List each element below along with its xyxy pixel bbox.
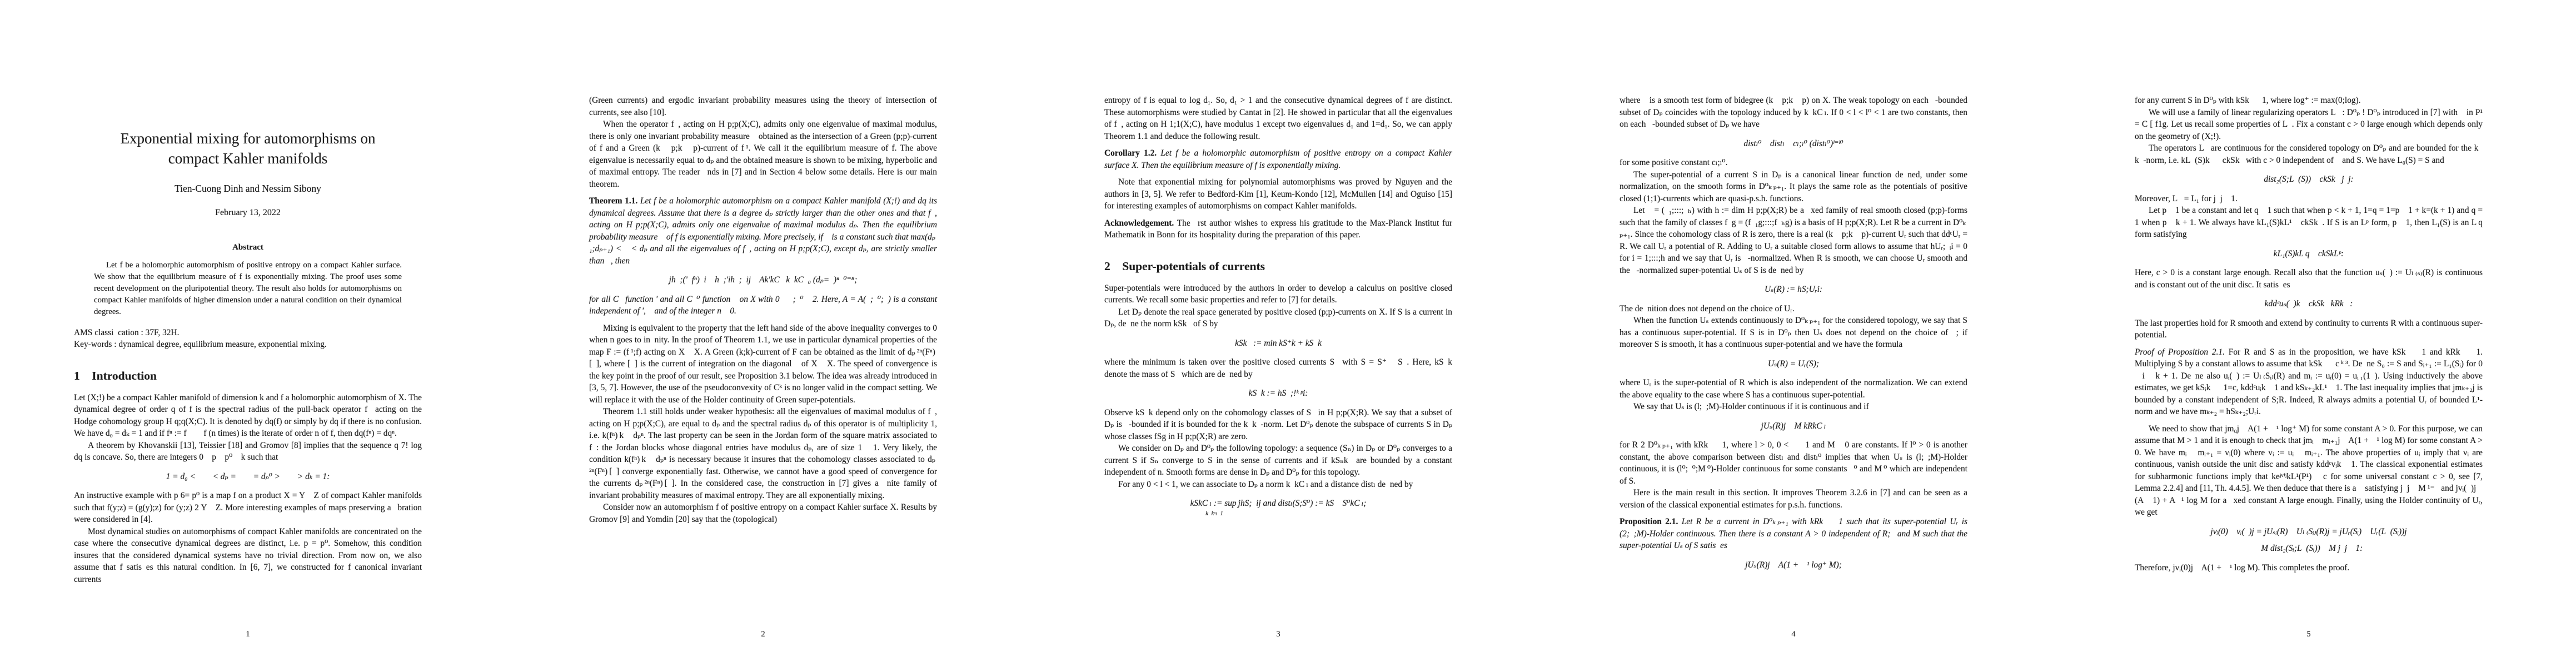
block-text: Let p 1 be a constant and let q 1 such t… bbox=[2135, 206, 2483, 239]
paragraph: The de nition does not depend on the cho… bbox=[1620, 303, 1967, 315]
display-equation: Uₛ(R) = Uᵣ(S); bbox=[1620, 358, 1967, 370]
paragraph: We consider on Dₚ and D⁰ₚ the following … bbox=[1104, 442, 1452, 479]
block-label: Proof of Proposition 2.1. bbox=[2135, 347, 2225, 357]
block-text: A theorem by Khovanskii [13], Teissier [… bbox=[74, 441, 422, 462]
block-text: When the function Uₛ extends continuousl… bbox=[1620, 316, 1967, 349]
paragraph: For any 0 < l < 1, we can associate to D… bbox=[1104, 479, 1452, 491]
paper-title: Exponential mixing for automorphisms on bbox=[74, 129, 422, 148]
block-text: We consider on Dₚ and D⁰ₚ the following … bbox=[1104, 444, 1452, 477]
page-content: where is a smooth test form of bidegree … bbox=[1620, 94, 1967, 578]
block-text: The operators L are continuous for the c… bbox=[2135, 143, 2483, 165]
block-text: When the operator f , acting on H p;p(X;… bbox=[589, 120, 937, 189]
block-text: k kᶜₗ 1 bbox=[1205, 510, 1223, 517]
block-text: for R 2 D⁰ₖ ₚ₊₁ with kRk 1, where l > 0,… bbox=[1620, 440, 1967, 486]
block-text: Let (X;!) be a compact Kahler manifold o… bbox=[74, 393, 422, 439]
page-number: 1 bbox=[74, 630, 422, 639]
block-text: Mixing is equivalent to the property tha… bbox=[589, 323, 937, 405]
paragraph: Let (X;!) be a compact Kahler manifold o… bbox=[74, 392, 422, 440]
block-text: Let = ( ₁;:::; ₕ) with h := dim H p;p(X;… bbox=[1620, 206, 1967, 275]
block-text: Here, c > 0 is a constant large enough. … bbox=[2135, 268, 2483, 290]
paper-authors: Tien-Cuong Dinh and Nessim Sibony bbox=[74, 183, 422, 195]
block-text: kddᶜuₛ( )k ckSk kRk : bbox=[2265, 299, 2353, 308]
block-text: Uₛ(R) = Uᵣ(S); bbox=[1768, 359, 1819, 369]
paragraph: Consider now an automorphism f of positi… bbox=[589, 501, 937, 525]
block-text: jUₛ(R)j A(1 + ¹ log⁺ M); bbox=[1745, 560, 1842, 570]
block-text: For R and S as in the proposition, we ha… bbox=[2135, 347, 2483, 417]
block-text: Tien-Cuong Dinh and Nessim Sibony bbox=[175, 183, 321, 194]
block-text: kSk := min kS⁺k + kS k bbox=[1235, 339, 1322, 348]
paragraph: Here, c > 0 is a constant large enough. … bbox=[2135, 267, 2483, 291]
theorem-continuation: for all C function ' and all C ⁰ functio… bbox=[589, 293, 937, 317]
block-text: Exponential mixing for automorphisms on bbox=[121, 130, 376, 147]
theorem: Theorem 1.1. Let f be a holomorphic auto… bbox=[589, 195, 937, 267]
meta-line: AMS classi cation : 37F, 32H. bbox=[74, 327, 422, 339]
scanned-paper-canvas: arXiv:0907.3794v1 [math.DS] 22 Jul 2009 … bbox=[0, 0, 2576, 667]
page-number: 5 bbox=[2135, 630, 2483, 639]
acknowledgement: Acknowledgement. The rst author wishes t… bbox=[1104, 217, 1452, 241]
block-text: M dist₂(Sᵢ;L (Sᵢ)) M j j 1: bbox=[2255, 544, 2363, 553]
block-text: 1 Introduction bbox=[74, 369, 157, 382]
page-content: (Green currents) and ergodic invariant p… bbox=[589, 94, 937, 525]
block-text: (Green currents) and ergodic invariant p… bbox=[589, 96, 937, 117]
block-text: where Uᵣ is the super-potential of R whi… bbox=[1620, 378, 1967, 400]
block-label: Acknowledgement. bbox=[1104, 218, 1174, 228]
abstract-heading: Abstract bbox=[74, 242, 422, 254]
block-text: jvᵢ(0) vᵢ( )j = jUₛᵢ(R) Uₗ ₍Sᵢ₎(R)j = jU… bbox=[2210, 527, 2406, 536]
block-text: kL₁(S)kL q ckSkLᵖ: bbox=[2274, 249, 2344, 258]
block-text: Let f be a holomorphic automorphism of p… bbox=[1104, 148, 1452, 170]
meta-line: Key-words : dynamical degree, equilibriu… bbox=[74, 339, 422, 351]
block-text: Therefore, jvᵢ(0)j A(1 + ¹ log M). This … bbox=[2135, 563, 2349, 573]
display-equation: jvᵢ(0) vᵢ( )j = jUₛᵢ(R) Uₗ ₍Sᵢ₎(R)j = jU… bbox=[2135, 526, 2483, 538]
block-text: Theorem 1.1 still holds under weaker hyp… bbox=[589, 407, 937, 500]
paragraph: Moreover, L = L₁ for j j 1. bbox=[2135, 193, 2483, 205]
page-content: entropy of f is equal to log d₁. So, d₁ … bbox=[1104, 94, 1452, 524]
paragraph: Super-potentials were introduced by the … bbox=[1104, 282, 1452, 306]
paragraph: Most dynamical studies on automorphisms … bbox=[74, 526, 422, 586]
block-text: For any 0 < l < 1, we can associate to D… bbox=[1118, 480, 1413, 489]
block-text: We need to show that jm₀j A(1 + ¹ log⁺ M… bbox=[2135, 424, 2483, 517]
paragraph: where is a smooth test form of bidegree … bbox=[1620, 94, 1967, 131]
paragraph: The super-potential of a current S in Dₚ… bbox=[1620, 169, 1967, 205]
abstract-text: Let f be a holomorphic automorphism of p… bbox=[94, 260, 402, 318]
page-2: (Green currents) and ergodic invariant p… bbox=[515, 0, 1030, 667]
block-text: We say that Uₛ is (l; ;M)-Holder continu… bbox=[1633, 402, 1869, 411]
paper-title-line2: compact Kahler manifolds bbox=[74, 149, 422, 168]
display-equation: kSkC ₗ := sup jhS; ij and distₗ(S;S⁰) :=… bbox=[1104, 497, 1452, 510]
paragraph: (Green currents) and ergodic invariant p… bbox=[589, 94, 937, 118]
theorem: Corollary 1.2. Let f be a holomorphic au… bbox=[1104, 147, 1452, 171]
paragraph: Let = ( ₁;:::; ₕ) with h := dim H p;p(X;… bbox=[1620, 205, 1967, 276]
block-text: Observe kS k depend only on the cohomolo… bbox=[1104, 408, 1452, 441]
display-equation: kSk := min kS⁺k + kS k bbox=[1104, 337, 1452, 350]
block-text: Let f be a holomorphic automorphism of p… bbox=[94, 261, 402, 316]
block-text: AMS classi cation : 37F, 32H. bbox=[74, 328, 179, 337]
block-text: Here is the main result in this section.… bbox=[1620, 488, 1967, 510]
block-text: for all C function ' and all C ⁰ functio… bbox=[589, 295, 937, 316]
paragraph: Let Dₚ denote the real space generated b… bbox=[1104, 306, 1452, 330]
paragraph: An instructive example with p 6= p⁰ is a… bbox=[74, 490, 422, 526]
paragraph: Observe kS k depend only on the cohomolo… bbox=[1104, 407, 1452, 443]
block-text: Key-words : dynamical degree, equilibriu… bbox=[74, 340, 327, 349]
block-text: Most dynamical studies on automorphisms … bbox=[74, 527, 422, 584]
paragraph: Mixing is equivalent to the property tha… bbox=[589, 322, 937, 406]
paragraph: for some positive constant cₗ;ₗ⁰. bbox=[1620, 157, 1967, 169]
page-number: 3 bbox=[1104, 630, 1452, 639]
block-text: kSkC ₗ := sup jhS; ij and distₗ(S;S⁰) :=… bbox=[1190, 499, 1367, 508]
paragraph: Theorem 1.1 still holds under weaker hyp… bbox=[589, 406, 937, 501]
display-equation: M dist₂(Sᵢ;L (Sᵢ)) M j j 1: bbox=[2135, 542, 2483, 555]
block-text: Note that exponential mixing for polynom… bbox=[1104, 177, 1452, 211]
paragraph: where Uᵣ is the super-potential of R whi… bbox=[1620, 377, 1967, 401]
paragraph: for R 2 D⁰ₖ ₚ₊₁ with kRk 1, where l > 0,… bbox=[1620, 439, 1967, 487]
block-text: 2 Super-potentials of currents bbox=[1104, 260, 1265, 273]
block-text: compact Kahler manifolds bbox=[168, 150, 327, 167]
block-text: The super-potential of a current S in Dₚ… bbox=[1620, 170, 1967, 203]
paper-date: February 13, 2022 bbox=[74, 207, 422, 219]
block-text: The last properties hold for R smooth an… bbox=[2135, 318, 2483, 340]
block-text: Abstract bbox=[232, 243, 263, 252]
page-5: for any current S in D⁰ₚ with kSk 1, whe… bbox=[2061, 0, 2576, 667]
paragraph: Therefore, jvᵢ(0)j A(1 + ¹ log M). This … bbox=[2135, 562, 2483, 574]
paragraph: We will use a family of linear regulariz… bbox=[2135, 107, 2483, 143]
paragraph: The operators L are continuous for the c… bbox=[2135, 142, 2483, 166]
paragraph: for any current S in D⁰ₚ with kSk 1, whe… bbox=[2135, 94, 2483, 107]
page-3: entropy of f is equal to log d₁. So, d₁ … bbox=[1030, 0, 1546, 667]
block-text: kS k := hS ;!ᵏ ᵖi: bbox=[1249, 389, 1308, 398]
page-number: 2 bbox=[589, 630, 937, 639]
block-text: Let Dₚ denote the real space generated b… bbox=[1104, 307, 1452, 329]
block-text: February 13, 2022 bbox=[215, 208, 281, 217]
block-text: for some positive constant cₗ;ₗ⁰. bbox=[1620, 158, 1727, 167]
display-equation: dist₂(S;L (S)) ckSk j j: bbox=[2135, 173, 2483, 186]
block-label: Corollary 1.2. bbox=[1104, 148, 1157, 158]
paragraph: entropy of f is equal to log d₁. So, d₁ … bbox=[1104, 94, 1452, 142]
block-text: Super-potentials were introduced by the … bbox=[1104, 283, 1452, 305]
block-text: jh ;(' fⁿ) i h ;'ih ; ij Ak'kC k kC ₀ (d… bbox=[669, 275, 858, 285]
block-label: Theorem 1.1. bbox=[589, 196, 637, 206]
display-equation: jUₛ(R)j M kRkC ₗ bbox=[1620, 420, 1967, 432]
block-label: Proposition 2.1. bbox=[1620, 517, 1678, 526]
block-text: Consider now an automorphism f of positi… bbox=[589, 502, 937, 524]
section-heading: 2 Super-potentials of currents bbox=[1104, 259, 1452, 273]
page-1: Exponential mixing for automorphisms onc… bbox=[0, 0, 515, 667]
display-equation: 1 = d₀ < < dₚ = = dₚ⁰ > > dₖ = 1: bbox=[74, 471, 422, 483]
paragraph: Here is the main result in this section.… bbox=[1620, 487, 1967, 511]
display-equation: kL₁(S)kL q ckSkLᵖ: bbox=[2135, 248, 2483, 260]
equation-subscript: k kᶜₗ 1 bbox=[1104, 510, 1452, 517]
block-text: Moreover, L = L₁ for j j 1. bbox=[2135, 194, 2238, 203]
paragraph: Note that exponential mixing for polynom… bbox=[1104, 176, 1452, 212]
block-text: dist₂(S;L (S)) ckSk j j: bbox=[2264, 175, 2353, 184]
display-equation: Uₛ(R) := hS;Uᵣi: bbox=[1620, 283, 1967, 296]
page-4: where is a smooth test form of bidegree … bbox=[1546, 0, 2061, 667]
section-heading: 1 Introduction bbox=[74, 369, 422, 383]
block-text: 1 = d₀ < < dₚ = = dₚ⁰ > > dₖ = 1: bbox=[166, 472, 330, 481]
paragraph: Let p 1 be a constant and let q 1 such t… bbox=[2135, 205, 2483, 241]
page-content: Exponential mixing for automorphisms onc… bbox=[74, 94, 422, 585]
block-text: An instructive example with p 6= p⁰ is a… bbox=[74, 491, 422, 524]
display-equation: jUₛ(R)j A(1 + ¹ log⁺ M); bbox=[1620, 559, 1967, 571]
paragraph: The last properties hold for R smooth an… bbox=[2135, 317, 2483, 341]
block-text: where the minimum is taken over the posi… bbox=[1104, 357, 1452, 379]
block-text: The de nition does not depend on the cho… bbox=[1620, 304, 1795, 313]
paragraph: When the operator f , acting on H p;p(X;… bbox=[589, 118, 937, 190]
block-text: jUₛ(R)j M kRkC ₗ bbox=[1761, 421, 1826, 431]
paragraph: We say that Uₛ is (l; ;M)-Holder continu… bbox=[1620, 401, 1967, 413]
display-equation: kddᶜuₛ( )k ckSk kRk : bbox=[2135, 298, 2483, 310]
page-number: 4 bbox=[1620, 630, 1967, 639]
display-equation: kS k := hS ;!ᵏ ᵖi: bbox=[1104, 387, 1452, 400]
page-content: for any current S in D⁰ₚ with kSk 1, whe… bbox=[2135, 94, 2483, 574]
paragraph: A theorem by Khovanskii [13], Teissier [… bbox=[74, 440, 422, 464]
block-text: entropy of f is equal to log d₁. So, d₁ … bbox=[1104, 96, 1452, 141]
paragraph: where the minimum is taken over the posi… bbox=[1104, 356, 1452, 380]
paragraph: We need to show that jm₀j A(1 + ¹ log⁺ M… bbox=[2135, 423, 2483, 519]
theorem: Proposition 2.1. Let R be a current in D… bbox=[1620, 516, 1967, 552]
block-text: for any current S in D⁰ₚ with kSk 1, whe… bbox=[2135, 96, 2361, 105]
paragraph: When the function Uₛ extends continuousl… bbox=[1620, 315, 1967, 351]
block-text: We will use a family of linear regulariz… bbox=[2135, 108, 2483, 141]
display-equation: distₗ⁰ distₗ cₗ;ₗ⁰ (distₗ⁰)ˡ⁼ˡ⁰ bbox=[1620, 138, 1967, 150]
proof: Proof of Proposition 2.1. For R and S as… bbox=[2135, 346, 2483, 418]
display-equation: jh ;(' fⁿ) i h ;'ih ; ij Ak'kC k kC ₀ (d… bbox=[589, 274, 937, 286]
block-text: where is a smooth test form of bidegree … bbox=[1620, 96, 1967, 129]
block-text: distₗ⁰ distₗ cₗ;ₗ⁰ (distₗ⁰)ˡ⁼ˡ⁰ bbox=[1743, 139, 1843, 148]
block-text: Let f be a holomorphic automorphism on a… bbox=[589, 196, 937, 266]
block-text: Uₛ(R) := hS;Uᵣi: bbox=[1765, 285, 1822, 294]
